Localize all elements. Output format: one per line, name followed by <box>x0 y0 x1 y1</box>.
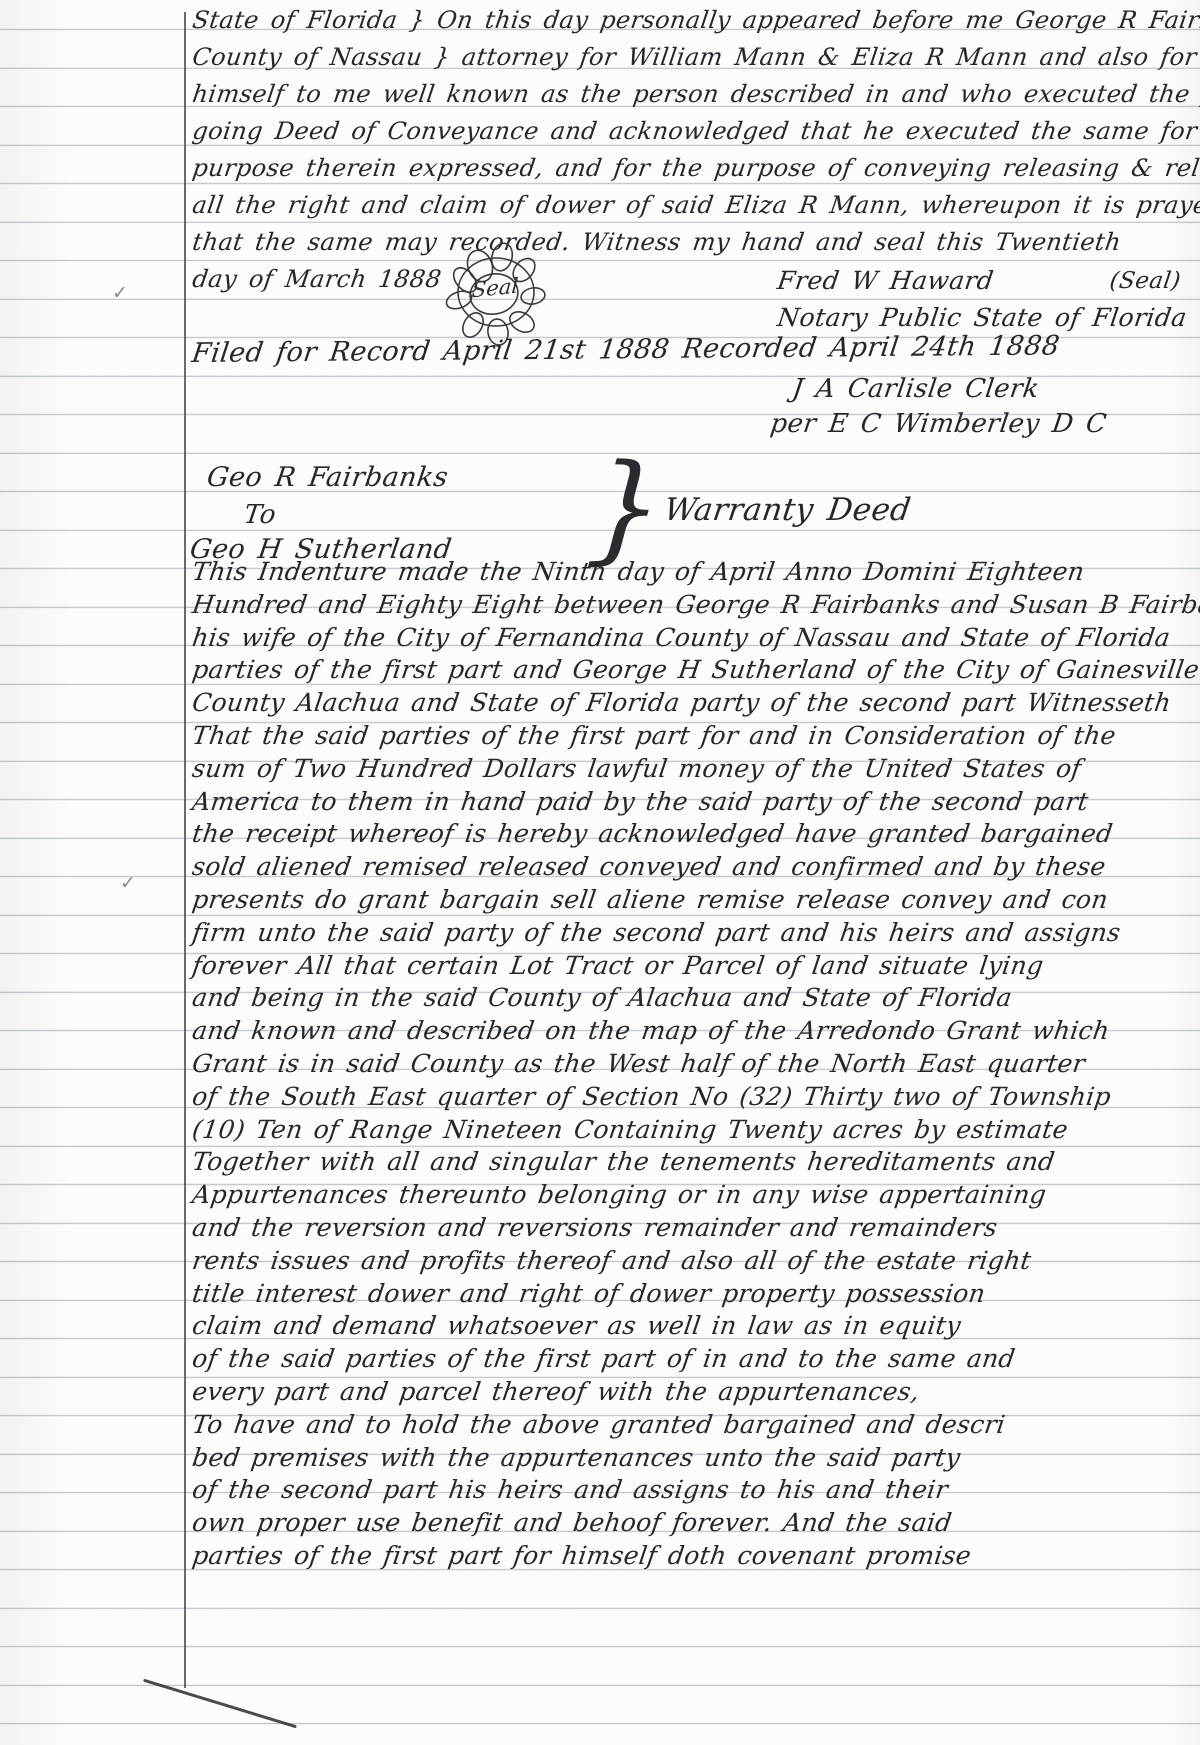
handwritten-line: his wife of the City of Fernandina Count… <box>190 622 1200 655</box>
filing-record-line: Filed for Record April 21st 1888 Recorde… <box>190 330 1062 369</box>
handwritten-line: of the said parties of the first part of… <box>190 1343 1200 1376</box>
seal-word: Seal <box>471 274 519 303</box>
handwritten-line: Appurtenances thereunto belonging or in … <box>190 1179 1200 1212</box>
clerk-signature: J A Carlisle Clerk <box>790 372 1109 407</box>
handwritten-line: that the same may recorded. Witness my h… <box>190 224 1200 261</box>
handwritten-line: rents issues and profits thereof and als… <box>190 1245 1200 1278</box>
handwritten-line: sold aliened remised released conveyed a… <box>190 851 1200 884</box>
handwritten-line: Together with all and singular the tenem… <box>190 1146 1200 1179</box>
acknowledgment-paragraph: State of Florida } On this day personall… <box>190 2 1200 298</box>
handwritten-line: County Alachua and State of Florida part… <box>190 687 1200 720</box>
caption-grantor: Geo R Fairbanks <box>205 462 450 493</box>
check-mark-icon: ✓ <box>112 282 128 304</box>
margin-rule-line <box>184 12 186 1688</box>
scanned-deed-page: State of Florida } On this day personall… <box>0 0 1200 1745</box>
handwritten-line: and the reversion and reversions remaind… <box>190 1212 1200 1245</box>
handwritten-line: the receipt whereof is hereby acknowledg… <box>190 818 1200 851</box>
handwritten-line: and known and described on the map of th… <box>190 1015 1200 1048</box>
handwritten-line: every part and parcel thereof with the a… <box>190 1376 1200 1409</box>
handwritten-line: firm unto the said party of the second p… <box>190 917 1200 950</box>
handwritten-line: bed premises with the appurtenances unto… <box>190 1442 1200 1475</box>
clerk-signature-block: J A Carlisle Clerk per E C Wimberley D C <box>790 372 1104 442</box>
deputy-clerk-signature: per E C Wimberley D C <box>768 407 1109 442</box>
handwritten-line: himself to me well known as the person d… <box>190 76 1200 113</box>
caption-brace: } <box>584 448 667 566</box>
deed-title: Warranty Deed <box>662 492 913 528</box>
scan-bottom-edge <box>143 1679 297 1729</box>
check-mark-icon: ✓ <box>120 872 136 894</box>
handwritten-line: That the said parties of the first part … <box>190 720 1200 753</box>
handwritten-line: own proper use benefit and behoof foreve… <box>190 1507 1200 1540</box>
handwritten-line: title interest dower and right of dower … <box>190 1278 1200 1311</box>
handwritten-line: claim and demand whatsoever as well in l… <box>190 1310 1200 1343</box>
handwritten-line: Hundred and Eighty Eight between George … <box>190 589 1200 622</box>
handwritten-line: of the South East quarter of Section No … <box>190 1081 1200 1114</box>
handwritten-line: (10) Ten of Range Nineteen Containing Tw… <box>190 1114 1200 1147</box>
handwritten-line: forever All that certain Lot Tract or Pa… <box>190 950 1200 983</box>
handwritten-line: Grant is in said County as the West half… <box>190 1048 1200 1081</box>
handwritten-line: parties of the first part and George H S… <box>190 654 1200 687</box>
handwritten-line: and being in the said County of Alachua … <box>190 982 1200 1015</box>
handwritten-line: This Indenture made the Ninth day of Apr… <box>190 556 1200 589</box>
handwritten-line: To have and to hold the above granted ba… <box>190 1409 1200 1442</box>
deed-body-paragraph: This Indenture made the Ninth day of Apr… <box>190 556 1200 1573</box>
handwritten-line: America to them in hand paid by the said… <box>190 786 1200 819</box>
handwritten-line: County of Nassau } attorney for William … <box>190 39 1200 76</box>
handwritten-line: presents do grant bargain sell aliene re… <box>190 884 1200 917</box>
seal-scribble-icon: Seal <box>438 236 554 346</box>
handwritten-line: all the right and claim of dower of said… <box>190 187 1200 224</box>
handwritten-line: of the second part his heirs and assigns… <box>190 1474 1200 1507</box>
seal-label: (Seal) <box>1108 268 1182 294</box>
handwritten-line: sum of Two Hundred Dollars lawful money … <box>190 753 1200 786</box>
handwritten-line: going Deed of Conveyance and acknowledge… <box>190 113 1200 150</box>
handwritten-line: purpose therein expressed, and for the p… <box>190 150 1200 187</box>
caption-versus: To <box>242 500 278 530</box>
handwritten-line: State of Florida } On this day personall… <box>190 2 1200 39</box>
handwritten-line: parties of the first part for himself do… <box>190 1540 1200 1573</box>
